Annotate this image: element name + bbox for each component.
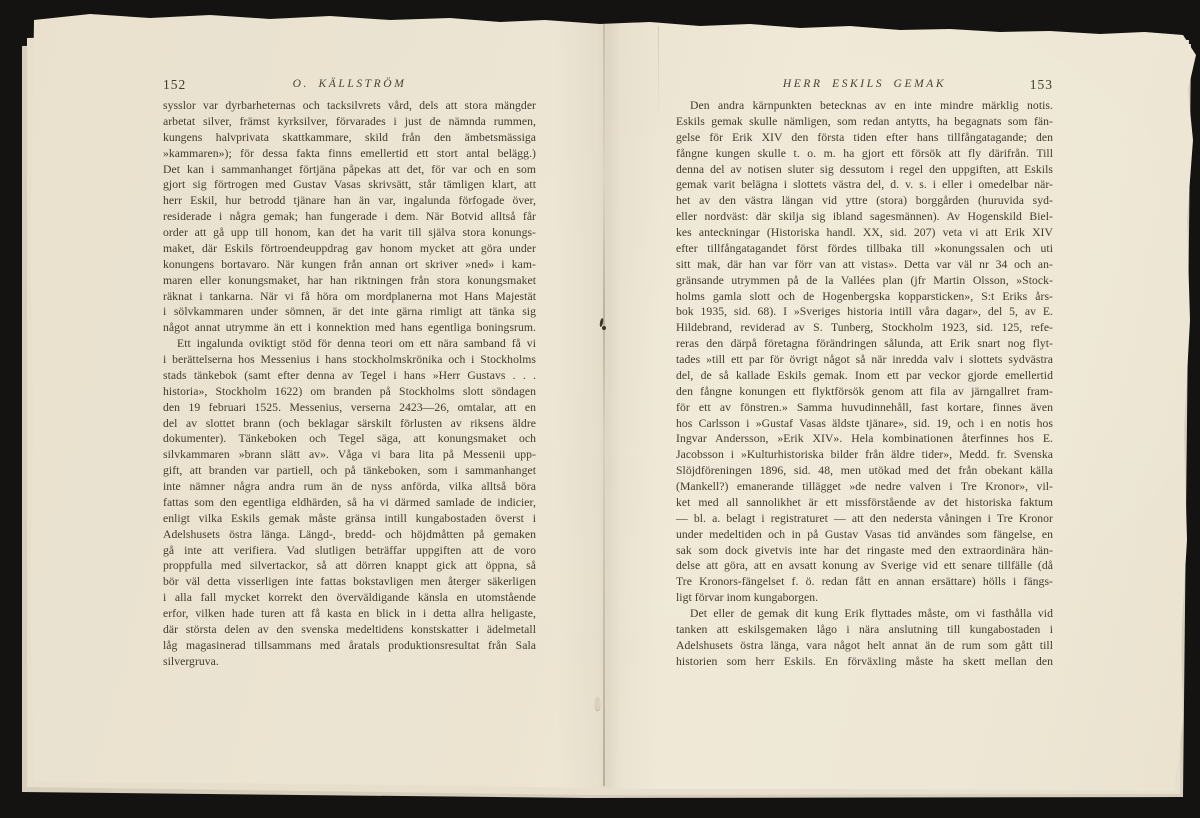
text-line: Hildebrand, reviderad av S. Tunberg, Sto… — [676, 320, 1053, 336]
text-line: hos Carlsson i »Gustaf Vasas äldste tjän… — [676, 416, 1053, 432]
text-line: Det eller de gemak dit kung Erik flyttad… — [676, 606, 1053, 622]
text-line: herr Eskil, hur betrodd tjänare han än v… — [163, 193, 536, 209]
text-line: fångne kungen skulle t. o. m. ha gjort e… — [676, 146, 1053, 162]
text-line: historien som herr Eskils. En förväxling… — [676, 654, 1053, 670]
gutter-shading — [556, 18, 660, 790]
text-line: kes anteckningar (Historiska handl. XX, … — [676, 225, 1053, 241]
text-line: gå inte att verifiera. Vad slutligen bet… — [163, 543, 536, 559]
text-line: gelse för Erik XIV den första tiden efte… — [676, 130, 1053, 146]
text-line: enligt vilka Eskils gemak måste gränsa i… — [163, 511, 536, 527]
text-line: del, de så kallade Eskils gemak. Inom et… — [676, 368, 1053, 384]
text-line: Jacobsson i »Kulturhistoriska bilder frå… — [676, 447, 1053, 463]
text-line: historia», Stockholm 1622) om branden på… — [163, 384, 536, 400]
text-line: Slöjdföreningen 1896, sid. 48, men utöka… — [676, 463, 1053, 479]
text-line: konungens bortavaro. När kungen från ann… — [163, 257, 536, 273]
text-line: holms gamla slott och de Hogenbergska ko… — [676, 289, 1053, 305]
text-line: bör väl detta visserligen inte fattas bo… — [163, 574, 536, 590]
paper-crease — [658, 26, 659, 122]
text-line: Den andra kärnpunkten betecknas av en in… — [676, 98, 1053, 114]
text-line: sitt mak, där han var förr van att vista… — [676, 257, 1053, 273]
text-line: ligt förvar inom kungaborgen. — [676, 590, 1053, 606]
text-line: order att gå upp till honom, kan det ha … — [163, 225, 536, 241]
running-head-row: HERR ESKILS GEMAK 153 — [676, 78, 1053, 96]
page-number-153: 153 — [1030, 77, 1053, 93]
text-line: ket med all sannolikhet är ett missförst… — [676, 495, 1053, 511]
text-line: tades »till ett par för övrigt något så … — [676, 352, 1053, 368]
text-line: låg magasinerad tillsammans med åratals … — [163, 638, 536, 654]
text-line: stads tänkebok (samt efter denna av Tege… — [163, 368, 536, 384]
book-spread: 152 O. KÄLLSTRÖM sysslor var dyrbarheter… — [0, 0, 1200, 818]
binding-stitch — [602, 326, 606, 330]
text-line: arbetat silver, främst kyrksilver, förva… — [163, 114, 536, 130]
text-line: delse att göra, att en avsatt konung av … — [676, 558, 1053, 574]
running-head-author: O. KÄLLSTRÖM — [293, 78, 407, 90]
text-line: denna del av notisen sluter sig dessutom… — [676, 162, 1053, 178]
text-line: (Mankell?) emanerande tillägget »de nedr… — [676, 479, 1053, 495]
text-line: maren eller konungsmaket, har han riktni… — [163, 273, 536, 289]
text-line: Tre Kronors-fängelset f. ö. redan fått e… — [676, 574, 1053, 590]
text-line: gränsande utrymmen på de la Vallées plan… — [676, 273, 1053, 289]
running-head-row: 152 O. KÄLLSTRÖM — [163, 78, 536, 96]
text-line: för ett av fönstren.» Samma huvudinnehål… — [676, 400, 1053, 416]
page-number-152: 152 — [163, 77, 186, 93]
text-line: gemak varit belägna i slottets västra de… — [676, 177, 1053, 193]
text-line: residerade i några gemak; han fungerade … — [163, 209, 536, 225]
text-line: — bl. a. belagt i registraturet — att de… — [676, 511, 1053, 527]
text-line: fattas som den egentliga eldhärden, så h… — [163, 495, 536, 511]
text-line: den fångne konungen ett flyktförsök geno… — [676, 384, 1053, 400]
page-152: 152 O. KÄLLSTRÖM sysslor var dyrbarheter… — [163, 78, 536, 670]
text-line: eller nordväst: där skilja sig ibland sa… — [676, 209, 1053, 225]
running-head-chapter: HERR ESKILS GEMAK — [783, 78, 946, 90]
text-line: tanken att eskilsgemaken lågo i nära ans… — [676, 622, 1053, 638]
text-line: sak som dock givetvis inte har det ringa… — [676, 543, 1053, 559]
text-line: Ingvar Andersson, »Erik XIV». Hela kombi… — [676, 431, 1053, 447]
text-line: silvkammaren »brann slätt av». Våga vi b… — [163, 447, 536, 463]
text-line: »kammaren»); för dessa fakta finns emell… — [163, 146, 536, 162]
center-fold — [603, 24, 605, 786]
body-text-right: Den andra kärnpunkten betecknas av en in… — [676, 98, 1053, 670]
body-text-left: sysslor var dyrbarheternas och tacksilvr… — [163, 98, 536, 670]
text-line: i alla fall mycket korrekt den överväldi… — [163, 590, 536, 606]
text-line: maket, där Eskils förtroendeuppdrag gav … — [163, 241, 536, 257]
text-line: Adelshusets östra länga, vara något helt… — [676, 638, 1053, 654]
text-line: gift, att branden var partiell, och på t… — [163, 463, 536, 479]
text-line: Det kan i sammanhanget förtjäna påpekas … — [163, 162, 536, 178]
text-line: Eskils gemak skulle nämligen, som redan … — [676, 114, 1053, 130]
text-line: i sölvkammaren under sömnen, är det inte… — [163, 304, 536, 320]
text-line: något annat utrymme än ett i konnektion … — [163, 320, 536, 336]
text-line: bok 1935, sid. 68). I »Sveriges historia… — [676, 304, 1053, 320]
paper-nick — [595, 697, 600, 710]
text-line: proppfulla med silvertackor, så att dörr… — [163, 558, 536, 574]
text-line: het av den västra längan vid yttre (stor… — [676, 193, 1053, 209]
text-line: sysslor var dyrbarheternas och tacksilvr… — [163, 98, 536, 114]
text-line: efter tillfångatagandet först fördes til… — [676, 241, 1053, 257]
text-line: silvergruva. — [163, 654, 536, 670]
text-line: kungens halvprivata skattkammare, skild … — [163, 130, 536, 146]
text-line: Ett ingalunda oviktigt stöd för denna te… — [163, 336, 536, 352]
page-153: HERR ESKILS GEMAK 153 Den andra kärnpunk… — [676, 78, 1053, 670]
text-line: i berättelserna hos Messenius i hans sto… — [163, 352, 536, 368]
text-line: Adelshusets östra länga. Längd-, bredd- … — [163, 527, 536, 543]
text-line: erfor, vilken hade turen att få kasta en… — [163, 606, 536, 622]
text-line: reras den därpå företagna förändringen s… — [676, 336, 1053, 352]
text-line: del av slottet brann (och beklagar särsk… — [163, 416, 536, 432]
text-line: gjort sig förtrogen med Gustav Vasas skr… — [163, 177, 536, 193]
text-line: inte nämner några andra rum än de nyss a… — [163, 479, 536, 495]
text-line: den 19 februari 1525. Messenius, versern… — [163, 400, 536, 416]
scanned-book-photo: { "colors": { "background": "#151312", "… — [0, 0, 1200, 818]
text-line: dokumenter). Tänkeboken och Tegel säga, … — [163, 431, 536, 447]
text-line: under medeltiden och in på Gustav Vasas … — [676, 527, 1053, 543]
text-line: räknat i tankarna. När vi få höra om mor… — [163, 289, 536, 305]
text-line: där största delen av den svenska medelti… — [163, 622, 536, 638]
